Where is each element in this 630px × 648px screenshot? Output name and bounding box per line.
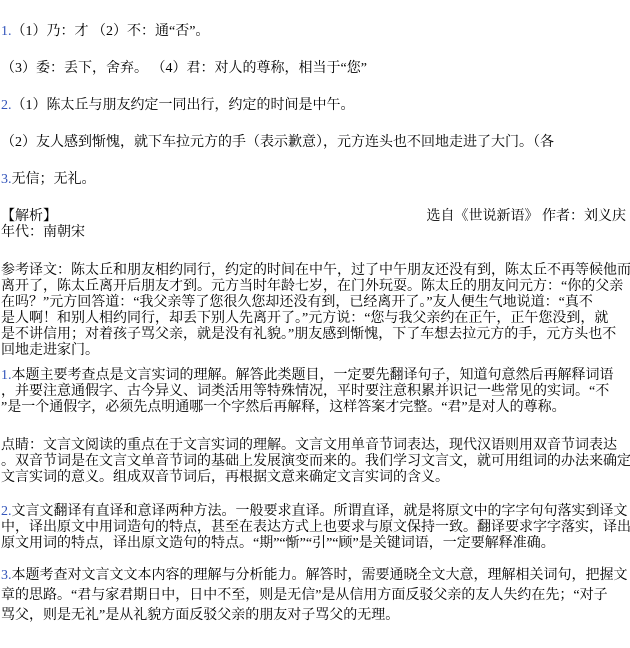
answer-sheet-page: 1.（1）乃：才 （2）不：通“否”。 （3）委：丢下，舍弃。 （4）君：对人的… (1, 24, 626, 626)
analysis-header-row: 【解析】 选自《世说新语》 作者：刘义庆 (1, 209, 626, 225)
translation-line: 是不讲信用；对着孩子骂父亲，就是没有礼貌。”朋友感到惭愧，下了车想去拉元方的手，… (1, 327, 626, 343)
explanation-text: 本题考查对文言文文本内容的理解与分析能力。解答时，需要通晓全文大意，理解相关词句… (12, 568, 628, 583)
explanation-line: ”是一个通假字，必须先点明通哪一个字然后再解释，这样答案才完整。“君”是对人的尊… (1, 400, 626, 416)
explanation-item-1: 1.本题主要考查点是文言实词的理解。解答此类题目，一定要先翻译句子，知道句意然后… (1, 368, 626, 416)
explanation-line: 1.本题主要考查点是文言实词的理解。解答此类题目，一定要先翻译句子，知道句意然后… (1, 368, 626, 384)
answer-number-2: 2. (1, 98, 12, 113)
source-attribution: 选自《世说新语》 作者：刘义庆 (427, 209, 627, 225)
translation-line: 参考译文：陈太丘和朋友相约同行，约定的时间在中午，过了中午朋友还没有到，陈太丘不… (1, 263, 626, 279)
answer-text-3: 无信；无礼。 (12, 172, 96, 187)
key-tip-paragraph: 点睛：文言文阅读的重点在于文言实词的理解。文言文用单音节词表达，现代汉语则用双音… (1, 438, 626, 486)
tip-line: 文言实词的意义。组成双音节词后，再根据文意来确定文言实词的含义。 (1, 470, 626, 486)
explanation-line: ，并要注意通假字、古今异义、词类活用等特殊情况，平时要注意积累并识记一些常见的实… (1, 384, 626, 400)
answer-text-2b: （2）友人感到惭愧，就下车拉元方的手（表示歉意），元方连头也不回地走进了大门。（… (1, 135, 554, 150)
answer-line-1: 1.（1）乃：才 （2）不：通“否”。 (1, 24, 626, 40)
tip-line: 点睛：文言文阅读的重点在于文言实词的理解。文言文用单音节词表达，现代汉语则用双音… (1, 438, 626, 454)
answer-text-1: （1）乃：才 （2）不：通“否”。 (12, 24, 210, 39)
explanation-number-3: 3. (1, 568, 12, 583)
explanation-line: 3.本题考查对文言文文本内容的理解与分析能力。解答时，需要通晓全文大意，理解相关… (1, 566, 626, 586)
tip-line: 。双音节词是在文言文单音节词的基础上发展演变而来的。我们学习文言文，就可用组词的… (1, 454, 626, 470)
answer-line-2b: （2）友人感到惭愧，就下车拉元方的手（表示歉意），元方连头也不回地走进了大门。（… (1, 135, 626, 151)
answer-text-1b: （3）委：丢下，舍弃。 （4）君：对人的尊称，相当于“您” (1, 61, 367, 76)
explanation-item-2: 2.文言文翻译有直译和意译两种方法。一般要求直译。所谓直译，就是将原文中的字字句… (1, 504, 626, 552)
explanation-text: 文言文翻译有直译和意译两种方法。一般要求直译。所谓直译，就是将原文中的字字句句落… (12, 504, 628, 519)
answer-line-2: 2.（1）陈太丘与朋友约定一同出行，约定的时间是中午。 (1, 98, 626, 114)
explanation-number-2: 2. (1, 504, 12, 519)
explanation-text: 本题主要考查点是文言实词的理解。解答此类题目，一定要先翻译句子，知道句意然后再解… (12, 368, 614, 383)
explanation-line: 骂父，则是无礼”是从礼貌方面反驳父亲的朋友对子骂父的无理。 (1, 606, 626, 626)
explanation-line: 中，译出原文中用词造句的特点，甚至在表达方式上也要求与原文保持一致。翻译要求字字… (1, 520, 626, 536)
answer-line-1b: （3）委：丢下，舍弃。 （4）君：对人的尊称，相当于“您” (1, 61, 626, 77)
reference-translation: 参考译文：陈太丘和朋友相约同行，约定的时间在中午，过了中午朋友还没有到，陈太丘不… (1, 263, 626, 359)
analysis-label: 【解析】 (1, 209, 57, 225)
translation-line: 回地走进家门。 (1, 343, 626, 359)
answer-number-3: 3. (1, 172, 12, 187)
answer-line-3: 3.无信；无礼。 (1, 172, 626, 188)
explanation-line: 章的思路。“君与家君期日中，日中不至，则是无信”是从信用方面反驳父亲的友人失约在… (1, 586, 626, 606)
explanation-item-3: 3.本题考查对文言文文本内容的理解与分析能力。解答时，需要通晓全文大意，理解相关… (1, 566, 626, 626)
explanation-line: 2.文言文翻译有直译和意译两种方法。一般要求直译。所谓直译，就是将原文中的字字句… (1, 504, 626, 520)
translation-line: 在吗？”元方回答道：“我父亲等了您很久您却还没有到，已经离开了。”友人便生气地说… (1, 295, 626, 311)
explanation-line: 原文用词的特点，译出原文造句的特点。“期”“惭”“引”“顾”是关键词语，一定要解… (1, 536, 626, 552)
translation-line: 离开了，陈太丘离开后朋友才到。元方当时年龄七岁，在门外玩耍。陈太丘的朋友问元方：… (1, 279, 626, 295)
translation-line: 是人啊！和别人相约同行，却丢下别人先离开了。”元方说：“您与我父亲约在正午，正午… (1, 311, 626, 327)
answer-text-2: （1）陈太丘与朋友约定一同出行，约定的时间是中午。 (12, 98, 355, 113)
era-line: 年代：南朝宋 (1, 225, 626, 241)
answer-number-1: 1. (1, 24, 12, 39)
explanation-number-1: 1. (1, 368, 12, 383)
